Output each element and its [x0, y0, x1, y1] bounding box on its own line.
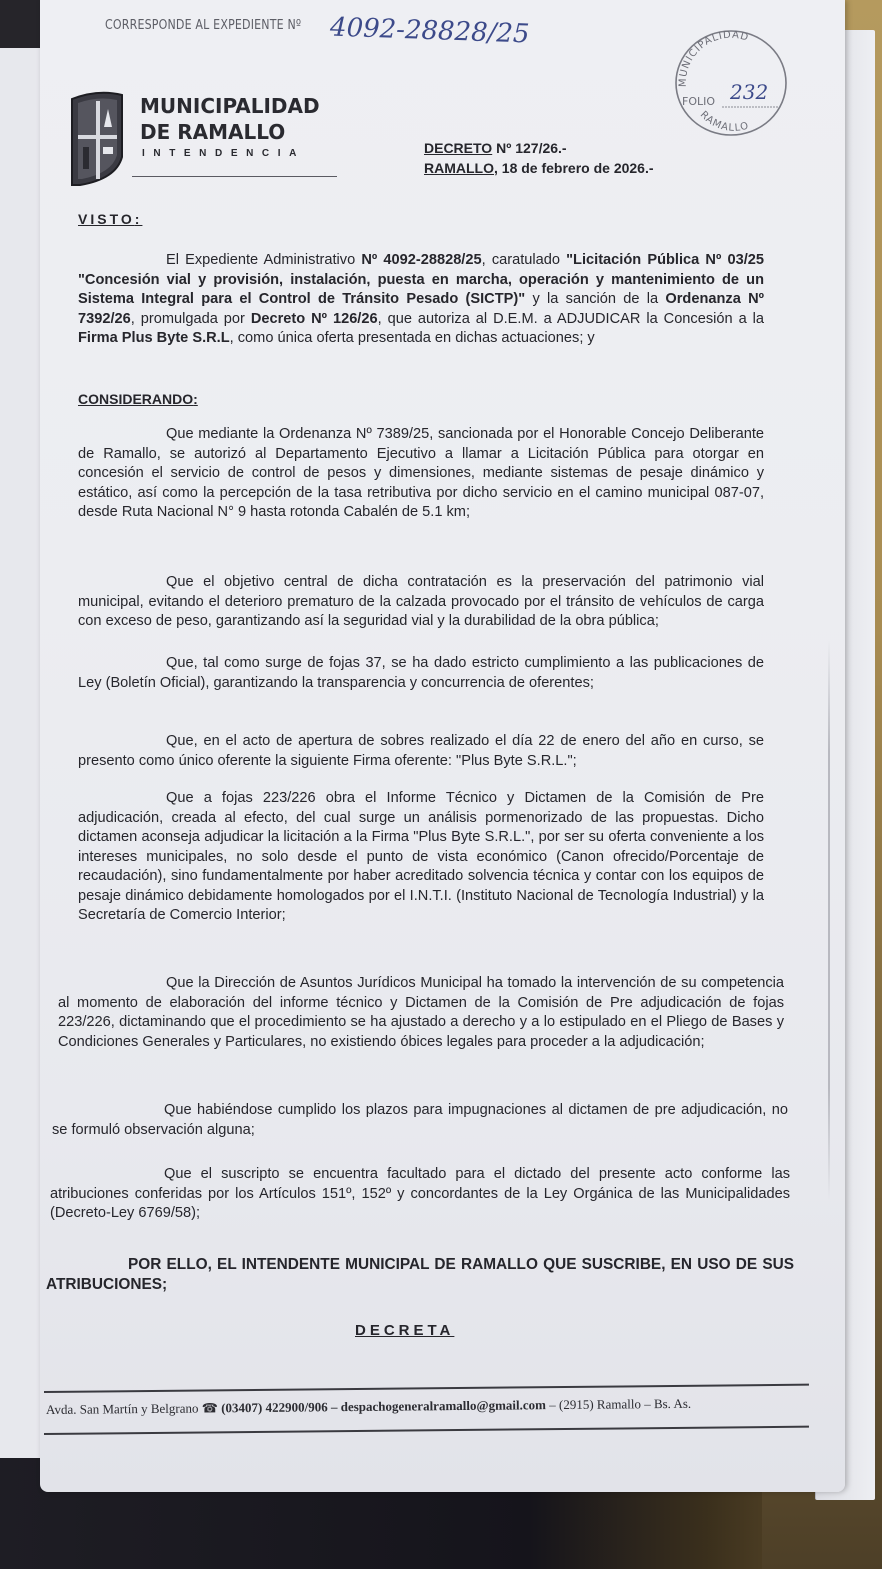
considerando-paragraph-1: Que mediante la Ordenanza Nº 7389/25, sa… — [78, 425, 764, 523]
footer-email: despachogeneralramallo@gmail.com — [341, 1397, 546, 1414]
org-name-line1: MUNICIPALIDAD — [140, 93, 320, 119]
decreta-heading: DECRETA — [355, 1322, 454, 1339]
decree-header: DECRETO Nº 127/26.- RAMALLO, 18 de febre… — [424, 138, 654, 178]
folio-label: FOLIO — [682, 95, 715, 108]
place-label: RAMALLO — [424, 160, 494, 176]
considerando-paragraph-7: Que habiéndose cumplido los plazos para … — [52, 1101, 788, 1140]
folio-ring-top: MUNICIPALIDAD — [678, 30, 751, 87]
por-ello-clause: POR ELLO, EL INTENDENTE MUNICIPAL DE RAM… — [46, 1255, 794, 1294]
header-rule — [132, 176, 337, 177]
considerando-paragraph-5: Que a fojas 223/226 obra el Informe Técn… — [78, 789, 764, 926]
org-name: MUNICIPALIDAD DE RAMALLO — [140, 93, 320, 145]
considerando-paragraph-4: Que, en el acto de apertura de sobres re… — [78, 732, 764, 771]
svg-text:MUNICIPALIDAD: MUNICIPALIDAD — [678, 30, 751, 87]
visto-heading: VISTO: — [78, 211, 142, 227]
telephone-icon: ☎ — [202, 1400, 218, 1415]
footer-phone: (03407) 422900/906 — [221, 1399, 328, 1415]
folio-stamp: MUNICIPALIDAD RAMALLO FOLIO 232 — [672, 27, 790, 139]
paper-crease — [828, 640, 830, 1200]
decree-date: , 18 de febrero de 2026.- — [494, 160, 654, 176]
considerando-heading: CONSIDERANDO: — [78, 391, 198, 407]
footer-address: Avda. San Martín y Belgrano — [46, 1401, 199, 1417]
org-name-line2: DE RAMALLO — [140, 119, 320, 145]
considerando-paragraph-2: Que el objetivo central de dicha contrat… — [78, 573, 764, 632]
footer-postal: (2915) Ramallo – Bs. As. — [559, 1396, 691, 1412]
municipal-shield-icon — [68, 87, 126, 187]
folio-number-handwritten: 232 — [729, 80, 768, 104]
org-subtitle: INTENDENCIA — [142, 148, 305, 159]
considerando-paragraph-3: Que, tal como surge de fojas 37, se ha d… — [78, 654, 764, 693]
considerando-paragraph-6: Que la Dirección de Asuntos Jurídicos Mu… — [58, 974, 784, 1052]
considerando-paragraph-8: Que el suscripto se encuentra facultado … — [50, 1165, 790, 1224]
decree-label: DECRETO — [424, 140, 492, 156]
expediente-stamp-label: CORRESPONDE AL EXPEDIENTE Nº — [105, 18, 301, 33]
decree-number: Nº 127/26.- — [492, 140, 566, 156]
visto-paragraph: El Expediente Administrativo Nº 4092-288… — [78, 251, 764, 349]
